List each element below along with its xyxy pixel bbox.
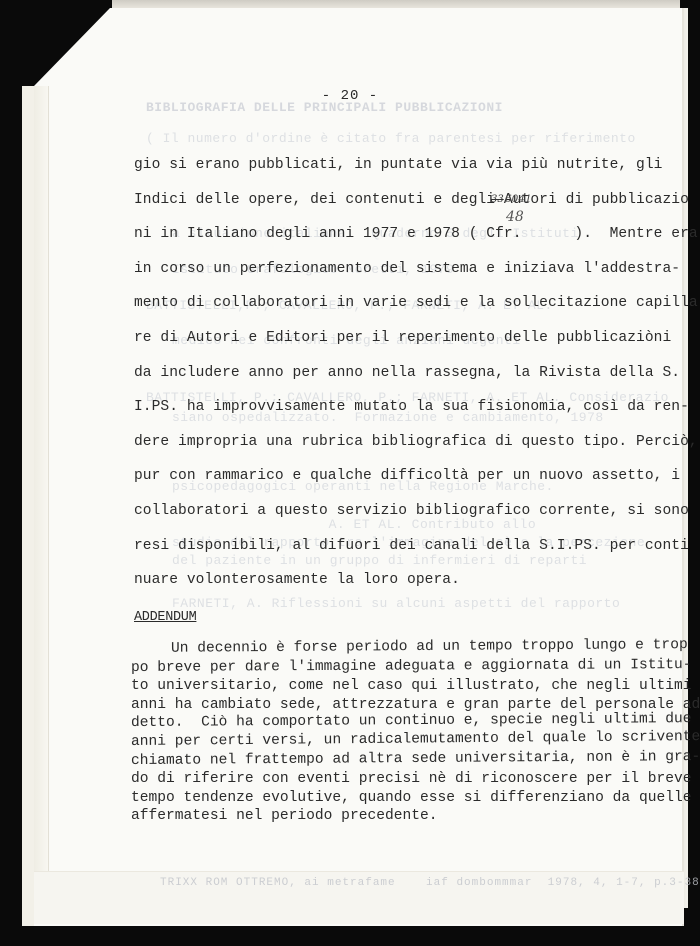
text-line: dere impropria una rubrica bibliografica… bbox=[134, 425, 674, 460]
text-line: pur con rammarico e qualche difficoltà p… bbox=[134, 459, 674, 494]
text-line: Indici delle opere, dei contenuti e degl… bbox=[134, 183, 674, 218]
page-left-edge bbox=[34, 86, 49, 921]
text-line: nuare volonterosamente la loro opera. bbox=[134, 563, 674, 598]
text-line: mento di collaboratori in varie sedi e l… bbox=[134, 286, 674, 321]
page-number: - 20 - bbox=[0, 88, 700, 104]
addendum-heading: ADDENDUM bbox=[134, 610, 196, 625]
text-line: to universitario, come nel caso qui illu… bbox=[131, 677, 691, 696]
handwritten-annotation-bottom: 48 bbox=[506, 209, 524, 225]
handwritten-annotation-top: 6041 bbox=[505, 193, 532, 205]
text-line: tempo tendenze evolutive, quando esse si… bbox=[131, 789, 691, 808]
text-line: Un decennio è forse periodo ad un tempo … bbox=[131, 636, 691, 659]
text-line: affermatesi nel periodo precedente. bbox=[131, 807, 691, 826]
text-line: da includere anno per anno nella rassegn… bbox=[134, 356, 674, 391]
text-line: collaboratori a questo servizio bibliogr… bbox=[134, 494, 674, 529]
text-line: re di Autori e Editori per il reperiment… bbox=[134, 321, 674, 356]
show-through-text: ( Il numero d'ordine è citato fra parent… bbox=[146, 131, 636, 146]
text-line: I.PS. ha improvvisamente mutato la sua f… bbox=[134, 390, 674, 425]
handwritten-crossed-number: 33 bbox=[491, 194, 504, 205]
text-line: do di riferire con eventi precisi nè di … bbox=[131, 770, 691, 789]
text-line: ni in Italiano degli anni 1977 e 1978 ( … bbox=[134, 217, 674, 252]
text-line: gio si erano pubblicati, in puntate via … bbox=[134, 148, 674, 183]
body-paragraph: gio si erano pubblicati, in puntate via … bbox=[134, 148, 674, 598]
text-line: in corso un perfezionamento del sistema … bbox=[134, 252, 674, 287]
show-through-footer: TRIXX ROM OTTREMO, ai metrafame iaf domb… bbox=[160, 877, 700, 889]
text-line: chiamato nel frattempo ad altra sede uni… bbox=[131, 748, 691, 771]
show-through-text: FARNETI, A. Riflessioni su alcuni aspett… bbox=[172, 596, 620, 611]
text-line: po breve per dare l'immagine adeguata e … bbox=[131, 656, 691, 678]
addendum-paragraph: Un decennio è forse periodo ad un tempo … bbox=[131, 640, 691, 826]
text-line: resi disponibili, al difuori dei canali … bbox=[134, 529, 674, 564]
